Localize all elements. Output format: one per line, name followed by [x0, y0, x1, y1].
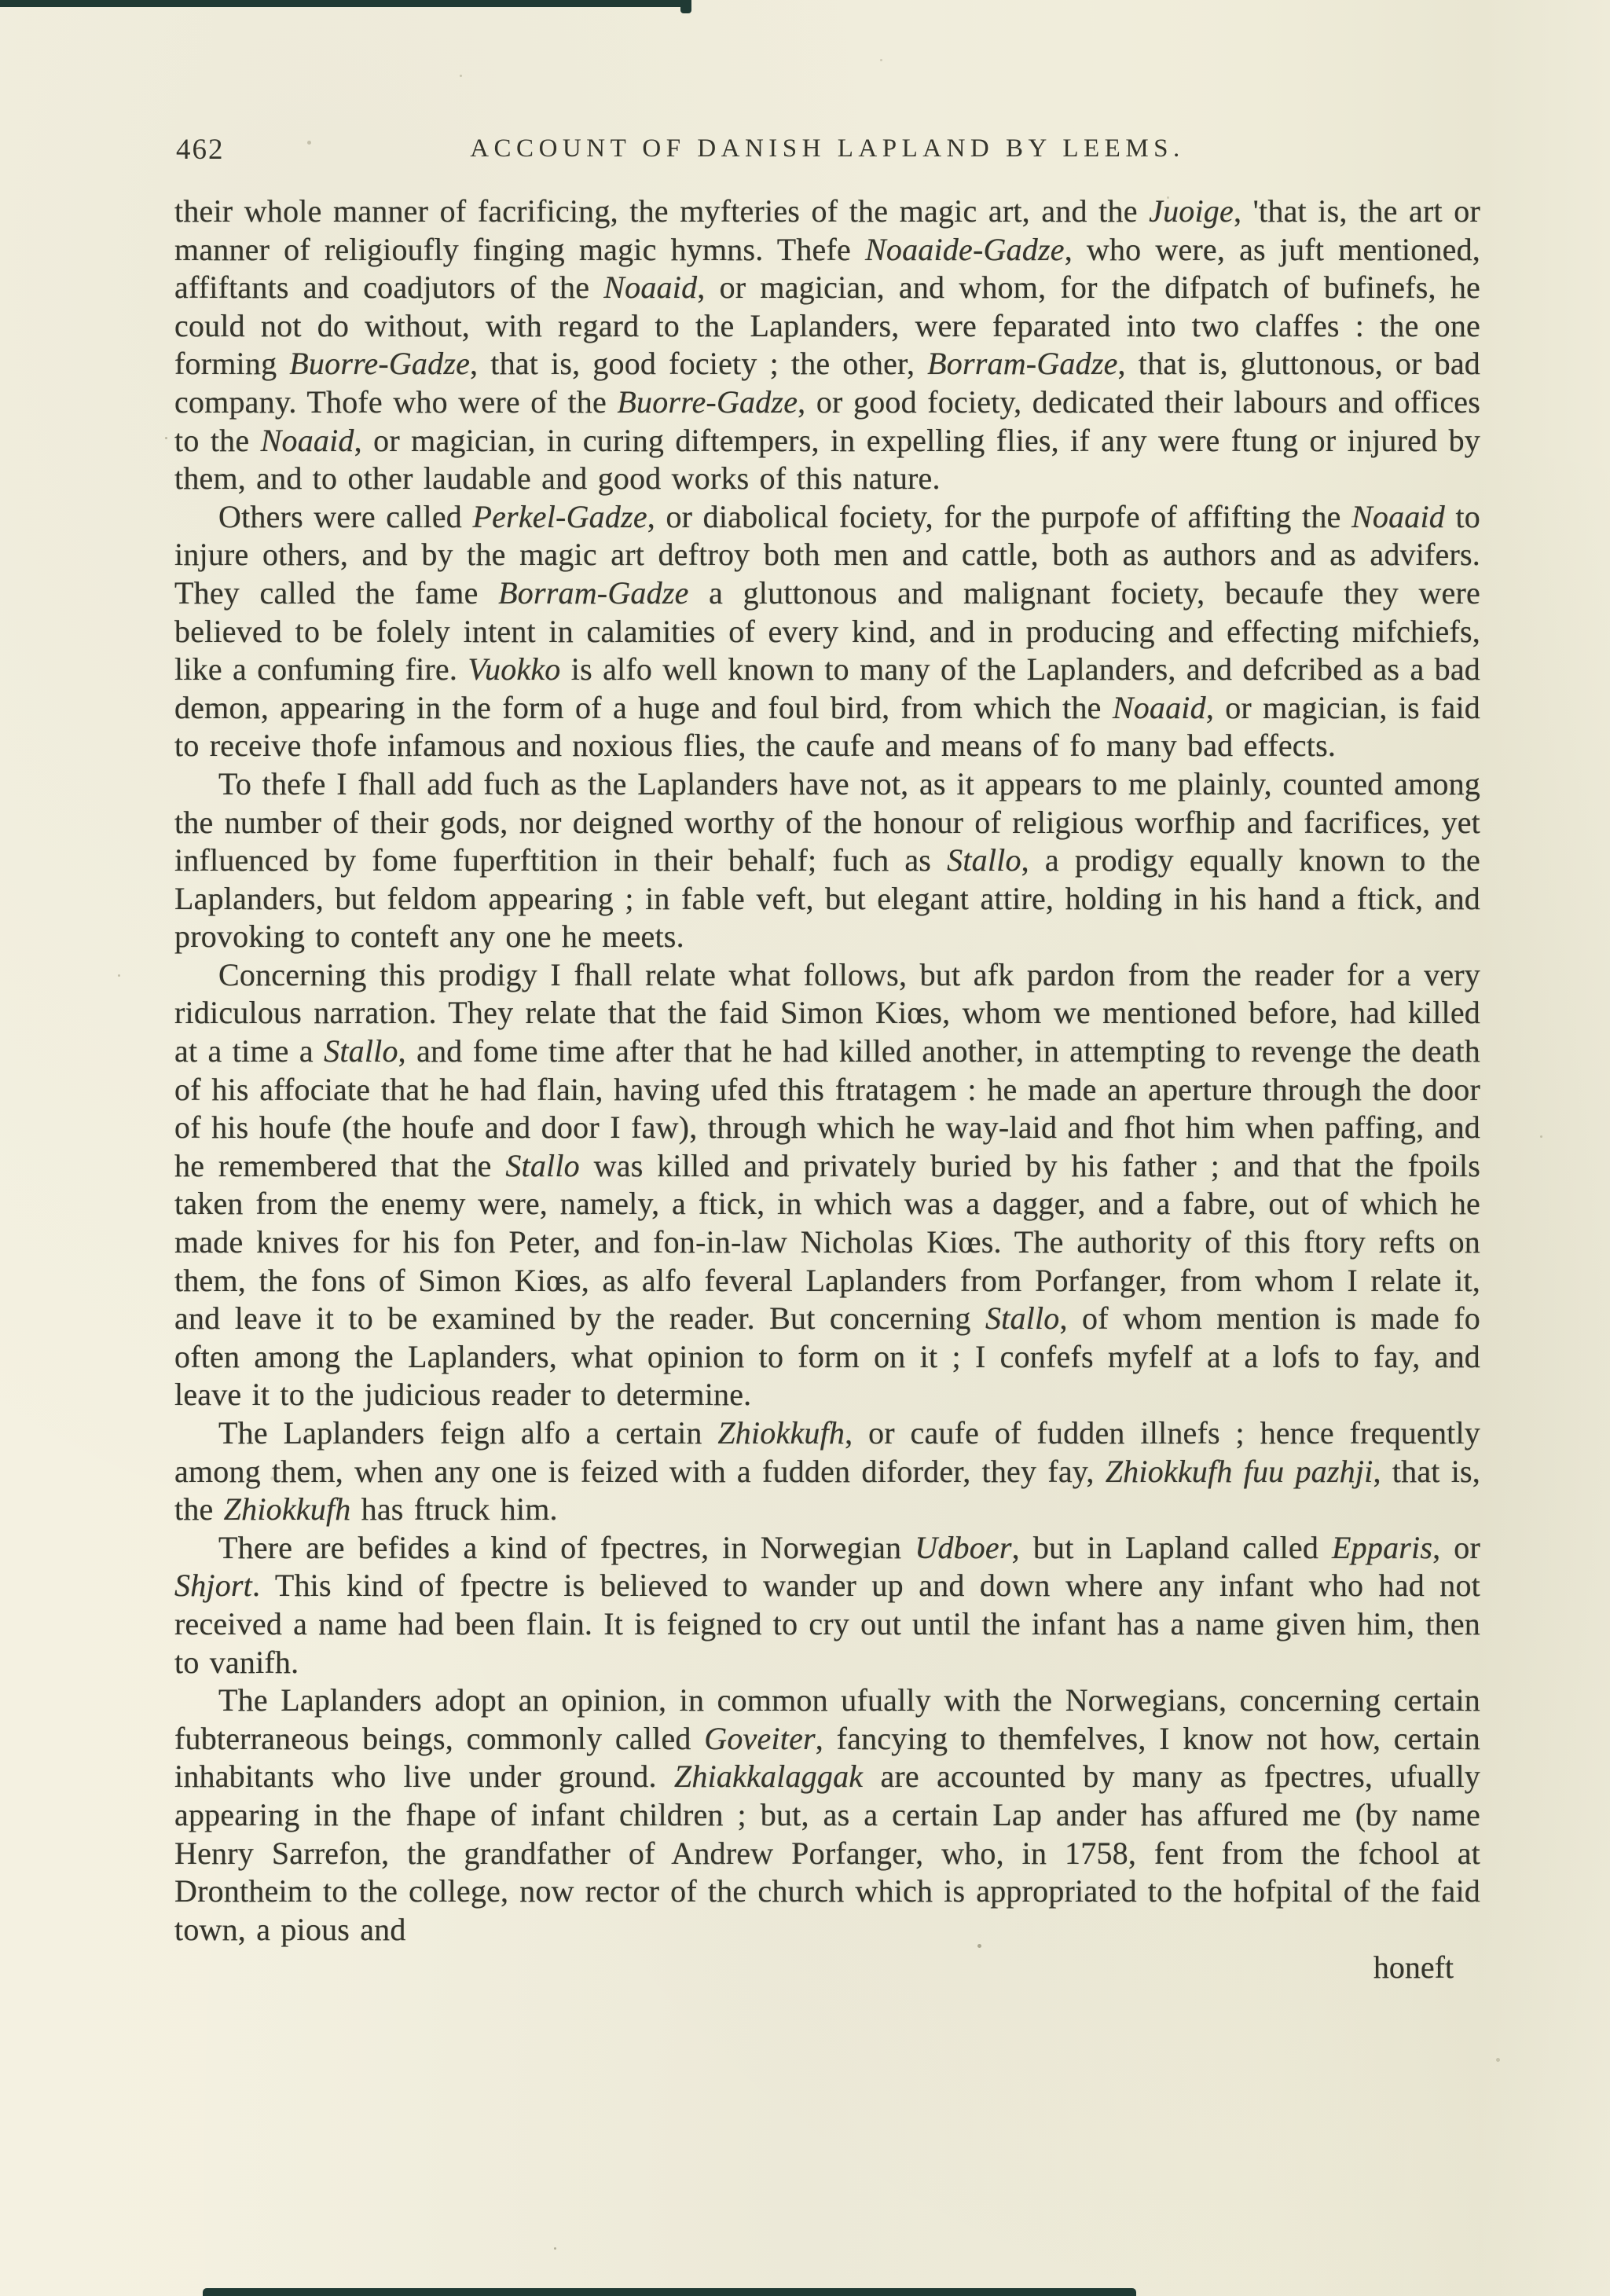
italic-term: Juoige: [1149, 193, 1234, 229]
paragraph: The Laplanders adopt an opinion, in comm…: [174, 1682, 1480, 1949]
italic-term: Noaaid: [1351, 499, 1445, 534]
body-text: their whole manner of facrificing, the m…: [174, 193, 1480, 1949]
italic-term: Stallo: [505, 1148, 580, 1183]
italic-term: Epparis: [1332, 1530, 1432, 1565]
italic-term: Borram-Gadze: [927, 346, 1117, 381]
italic-term: Perkel-Gadze: [472, 499, 647, 534]
book-page-scan: 462 ACCOUNT OF DANISH LAPLAND BY LEEMS. …: [0, 0, 1610, 2296]
paragraph: their whole manner of facrificing, the m…: [174, 193, 1480, 498]
italic-term: Noaaid: [261, 423, 354, 458]
paragraph: Concerning this prodigy I fhall relate w…: [174, 956, 1480, 1414]
italic-term: Noaaide-Gadze: [865, 232, 1065, 267]
italic-term: Zhiokkufh fuu pazhji: [1106, 1454, 1373, 1489]
italic-term: Borram-Gadze: [498, 575, 688, 611]
italic-term: Buorre-Gadze: [617, 384, 798, 420]
running-title: ACCOUNT OF DANISH LAPLAND BY LEEMS.: [174, 134, 1480, 163]
italic-term: Shjort: [174, 1568, 252, 1603]
italic-term: Buorre-Gadze: [289, 346, 470, 381]
italic-term: Noaaid: [1113, 690, 1206, 725]
paragraph: To thefe I fhall add fuch as the Lapland…: [174, 765, 1480, 956]
paragraph: Others were called Perkel-Gadze, or diab…: [174, 498, 1480, 765]
scan-edge-top: [0, 0, 685, 7]
italic-term: Goveiter: [704, 1721, 816, 1756]
italic-term: Stallo: [324, 1033, 398, 1069]
italic-term: Zhiokkufh: [717, 1415, 845, 1451]
italic-term: Stallo: [985, 1300, 1060, 1336]
paragraph: There are befides a kind of fpectres, in…: [174, 1529, 1480, 1682]
italic-term: Zhiakkalaggak: [674, 1759, 863, 1794]
page-header: 462 ACCOUNT OF DANISH LAPLAND BY LEEMS.: [174, 128, 1480, 167]
scan-edge-bottom: [203, 2288, 1136, 2296]
italic-term: Vuokko: [468, 651, 560, 687]
catchword: honeft: [174, 1949, 1480, 1987]
italic-term: Stallo: [947, 842, 1021, 878]
italic-term: Noaaid: [603, 270, 697, 305]
italic-term: Udboer: [915, 1530, 1011, 1565]
text-column: 462 ACCOUNT OF DANISH LAPLAND BY LEEMS. …: [174, 128, 1480, 1987]
italic-term: Zhiokkufh: [224, 1491, 351, 1527]
paragraph: The Laplanders feign alfo a certain Zhio…: [174, 1414, 1480, 1529]
